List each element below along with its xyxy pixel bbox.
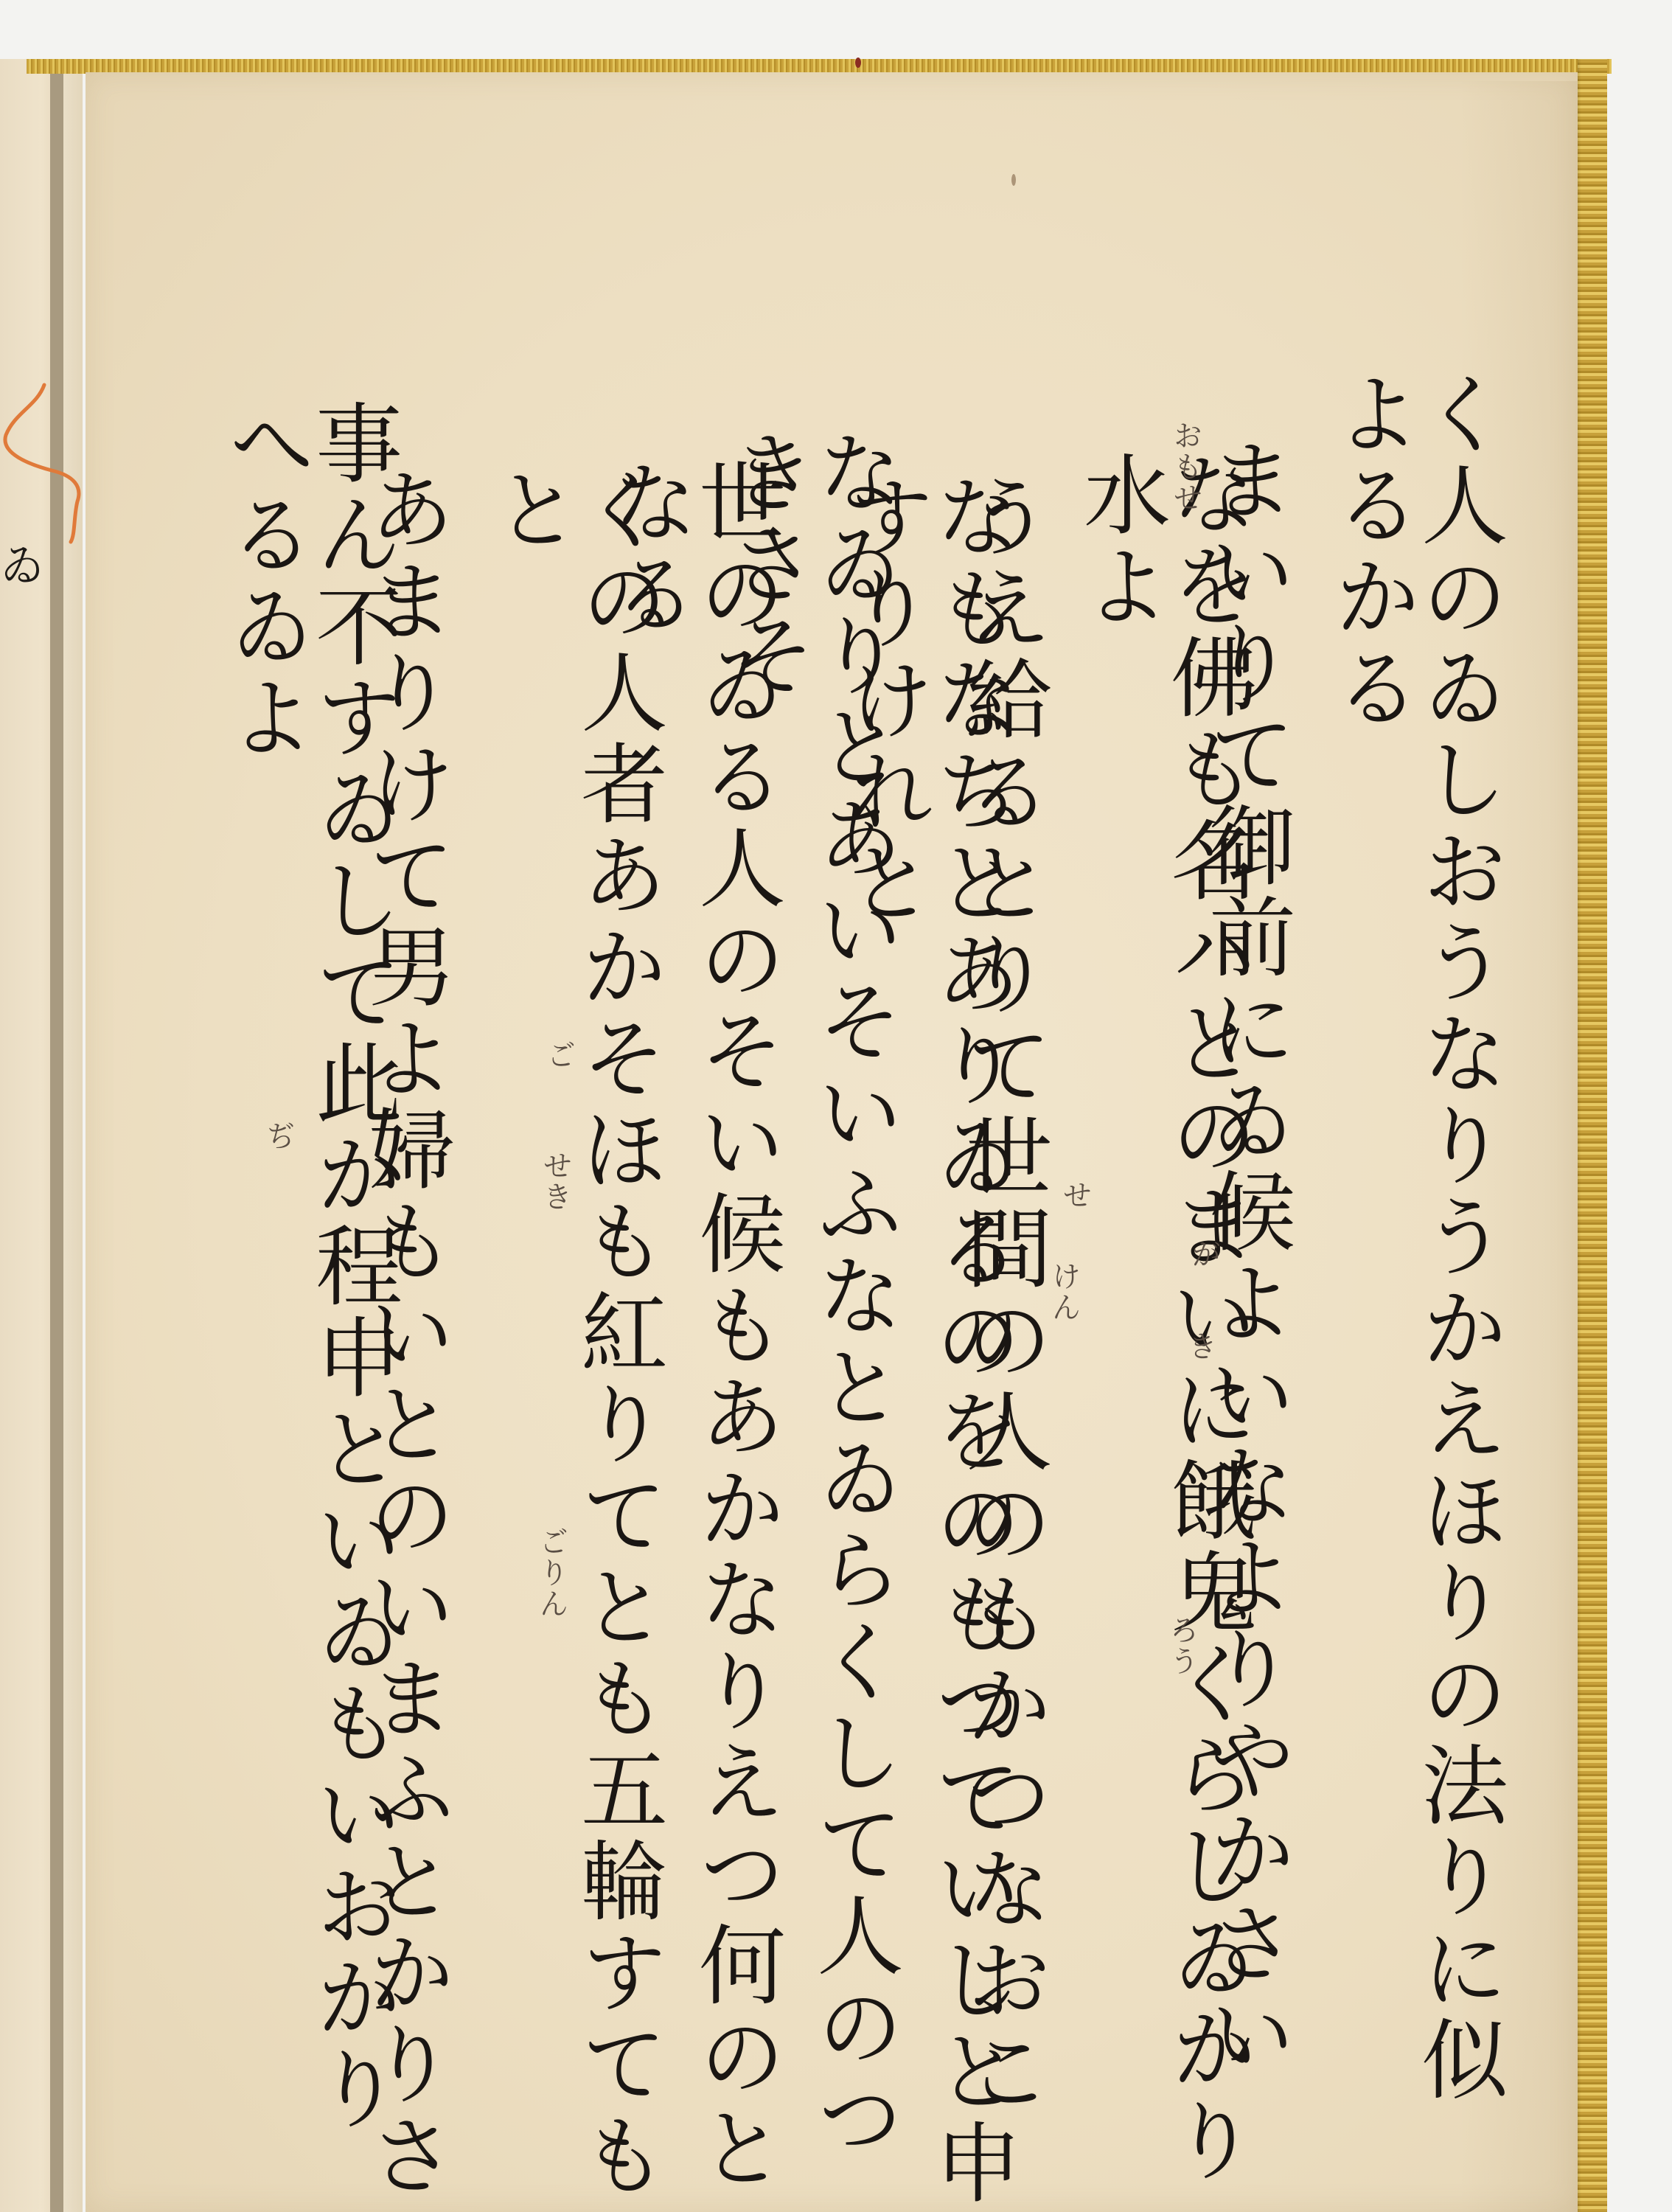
gilt-top-edge [27, 59, 1612, 74]
furigana: おもせ [1165, 420, 1207, 513]
ink-speck [855, 58, 861, 68]
furigana: せき [534, 1150, 577, 1212]
furigana: ぢ [258, 1121, 300, 1152]
furigana: ご [538, 1040, 580, 1071]
furigana: ごりん [531, 1526, 573, 1619]
ink-speck [1011, 174, 1016, 186]
text-column-10: 事ん不すゐして此か程申といゐもいおかりへるゐよ [221, 398, 395, 2138]
furigana: き [1180, 1331, 1222, 1362]
text-column-8: くの人者あかそほも紅りてとも五輪すてもと [487, 465, 661, 2205]
text-column-3: なを佛も名ハとのまいに餓鬼くらしゐかり水よ [1076, 450, 1250, 2190]
furigana: せ [1054, 1180, 1096, 1211]
left-page-glyph: ゐ [0, 531, 44, 594]
furigana: が [1183, 1239, 1225, 1270]
furigana: けん [1043, 1261, 1085, 1323]
text-column-1: く人のゐしおうなりうかえほりの法りに似よるかる [1327, 369, 1501, 2109]
furigana: ろう [1161, 1615, 1203, 1677]
gilt-right-edge [1578, 59, 1607, 2212]
